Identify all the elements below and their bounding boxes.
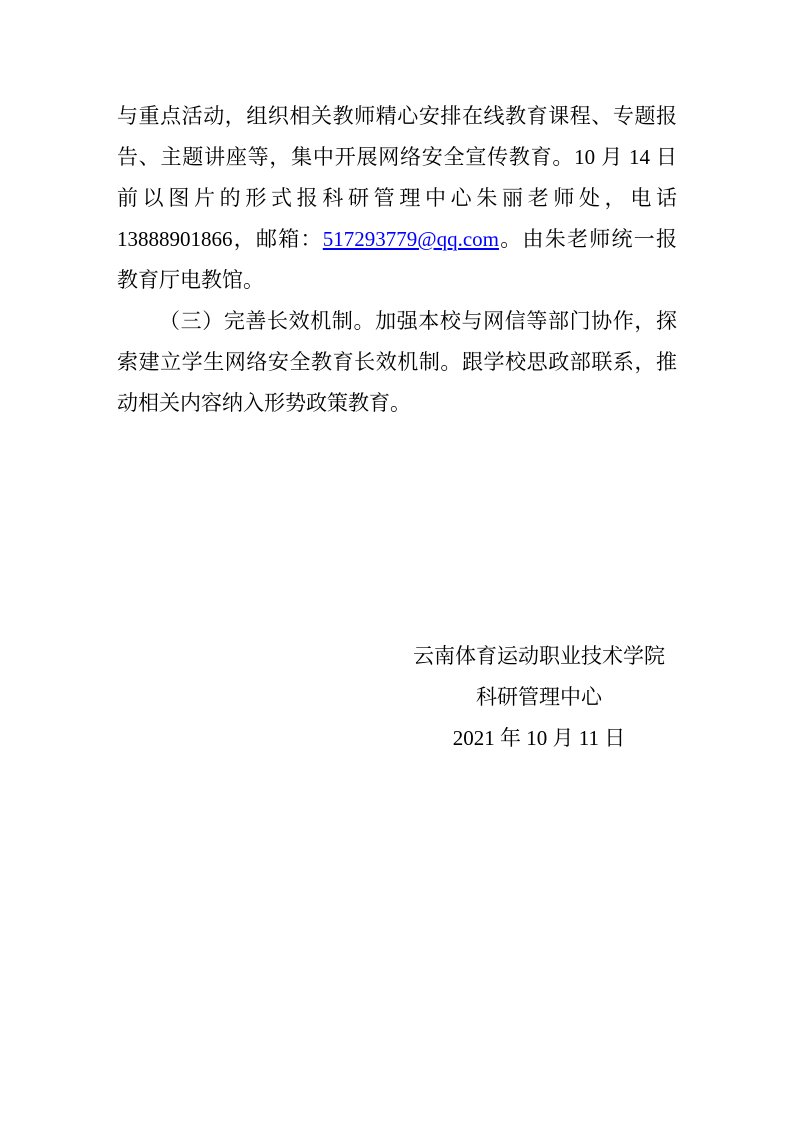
email-link[interactable]: 517293779@qq.com <box>323 227 499 251</box>
signature-dept: 科研管理中心 <box>408 677 670 718</box>
signature-date: 2021 年 10 月 11 日 <box>408 718 670 759</box>
text-line: 动相关内容纳入形势政策教育。 <box>117 383 677 424</box>
signature-org: 云南体育运动职业技术学院 <box>408 636 670 677</box>
signature-block: 云南体育运动职业技术学院 科研管理中心 2021 年 10 月 11 日 <box>408 636 670 759</box>
text-line: 前以图片的形式报科研管理中心朱丽老师处，电话 <box>117 178 677 219</box>
document-body: 与重点活动，组织相关教师精心安排在线教育课程、专题报告、主题讲座等，集中开展网络… <box>117 96 677 424</box>
text-segment: 教育厅电教馆。 <box>117 268 264 292</box>
text-line: 索建立学生网络安全教育长效机制。跟学校思政部联系，推 <box>117 342 677 383</box>
text-segment: 告、主题讲座等，集中开展网络安全宣传教育。10 月 14 日 <box>117 145 677 169</box>
text-segment: 动相关内容纳入形势政策教育。 <box>117 391 411 415</box>
text-segment: 与重点活动，组织相关教师精心安排在线教育课程、专题报 <box>117 104 677 128</box>
text-line: （三）完善长效机制。加强本校与网信等部门协作，探 <box>117 301 677 342</box>
text-segment: 索建立学生网络安全教育长效机制。跟学校思政部联系，推 <box>117 350 677 374</box>
text-line: 告、主题讲座等，集中开展网络安全宣传教育。10 月 14 日 <box>117 137 677 178</box>
text-segment: （三）完善长效机制。加强本校与网信等部门协作，探 <box>159 309 677 333</box>
text-segment: 。由朱老师统一报 <box>499 227 677 251</box>
text-line: 教育厅电教馆。 <box>117 260 677 301</box>
text-segment: 13888901866，邮箱： <box>117 227 323 251</box>
text-line: 与重点活动，组织相关教师精心安排在线教育课程、专题报 <box>117 96 677 137</box>
text-segment: 前以图片的形式报科研管理中心朱丽老师处，电话 <box>117 186 677 210</box>
text-line: 13888901866，邮箱：517293779@qq.com。由朱老师统一报 <box>117 219 677 260</box>
document-page: 与重点活动，组织相关教师精心安排在线教育课程、专题报告、主题讲座等，集中开展网络… <box>0 0 793 1122</box>
